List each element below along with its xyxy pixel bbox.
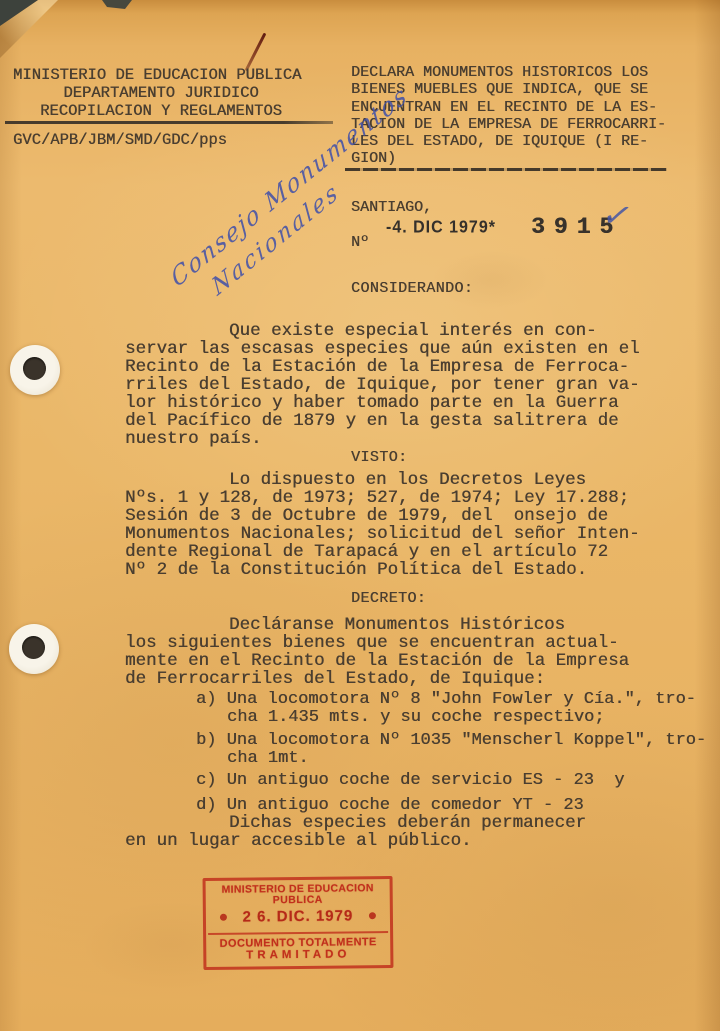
- stamp-ministry-line: PUBLICA: [206, 893, 390, 907]
- visto-heading: VISTO:: [351, 449, 407, 466]
- closing-paragraph: Dichas especies deberán permanecer en un…: [125, 814, 690, 850]
- considerando-heading: CONSIDERANDO:: [351, 280, 473, 297]
- punch-hole: [9, 624, 59, 674]
- decree-item: b) Una locomotora Nº 1035 "Menscherl Kop…: [196, 732, 716, 768]
- decree-item: a) Una locomotora Nº 8 "John Fowler y Cí…: [196, 691, 716, 727]
- dateline-city: SANTIAGO,: [351, 199, 432, 216]
- decreto-paragraph: Decláranse Monumentos Históricos los sig…: [125, 616, 690, 688]
- stamp-status-line: TRAMITADO: [206, 948, 390, 962]
- subject-underline: [345, 168, 667, 171]
- considerando-paragraph: Que existe especial interés en con- serv…: [125, 322, 690, 448]
- punch-hole-bore: [23, 357, 46, 380]
- stamp-divider: [208, 931, 388, 935]
- stamp-date: 2 6. DIC. 1979: [206, 907, 390, 926]
- decree-item: c) Un antiguo coche de servicio ES - 23 …: [196, 772, 716, 790]
- letterhead-line: MINISTERIO DE EDUCACION PUBLICA: [13, 66, 309, 84]
- check-mark-icon: ✓: [598, 195, 637, 238]
- decree-number-label: Nº: [351, 234, 369, 251]
- letterhead-underline: [5, 121, 333, 124]
- visto-paragraph: Lo dispuesto en los Decretos Leyes Nºs. …: [125, 471, 690, 579]
- letterhead-line: RECOPILACION Y REGLAMENTOS: [13, 102, 309, 120]
- decreto-heading: DECRETO:: [351, 590, 426, 607]
- letterhead: MINISTERIO DE EDUCACION PUBLICA DEPARTAM…: [13, 66, 309, 120]
- reference-code: GVC/APB/JBM/SMD/GDC/pps: [13, 131, 227, 149]
- paper-notch: [100, 0, 132, 9]
- received-stamp: MINISTERIO DE EDUCACION PUBLICA 2 6. DIC…: [203, 876, 394, 970]
- decree-item-list: a) Una locomotora Nº 8 "John Fowler y Cí…: [196, 691, 716, 815]
- letterhead-line: DEPARTAMENTO JURIDICO: [13, 84, 309, 102]
- scanned-decree-page: MINISTERIO DE EDUCACION PUBLICA DEPARTAM…: [0, 0, 720, 1031]
- punch-hole: [10, 345, 60, 395]
- stamp-dot-icon: [369, 912, 376, 919]
- punch-hole-bore: [22, 636, 45, 659]
- date-stamp: -4. DIC 1979*: [386, 218, 496, 237]
